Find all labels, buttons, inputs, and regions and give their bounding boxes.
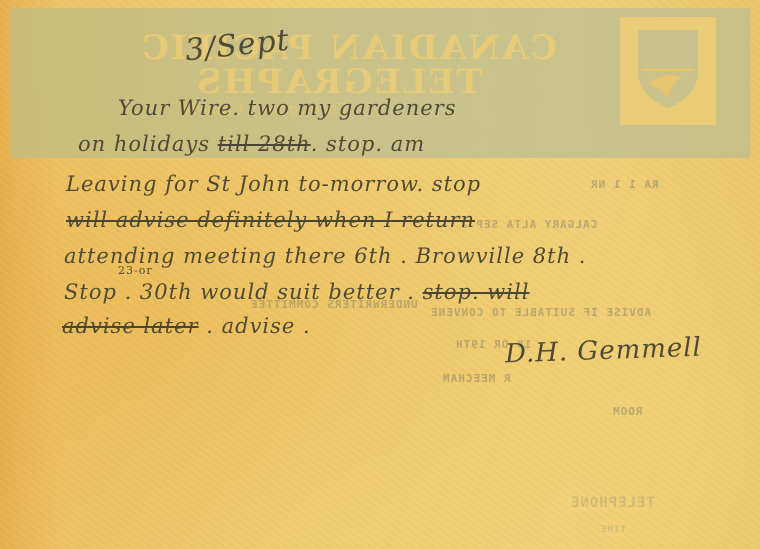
line-4-struck-text: will advise definitely when I return	[66, 208, 475, 232]
line-2-text-before: on holidays	[78, 132, 218, 156]
handwritten-line-4: will advise definitely when I return	[66, 208, 475, 232]
line-1-text: Your Wire. two my gardeners	[118, 96, 457, 120]
line-7-text-after: . advise .	[199, 314, 311, 338]
typed-bleed-0: RA 1 1 NR	[590, 178, 659, 191]
line-6-struck-text: stop. will	[423, 280, 530, 304]
typed-bleed-7: TELEPHONE	[570, 495, 655, 511]
typed-bleed-3: ADVISE IF SUITABLE TO CONVENE	[430, 306, 651, 319]
handwritten-line-6: Stop . 30th would suit better . stop. wi…	[64, 280, 529, 304]
line-7-struck-text: advise later	[62, 314, 199, 338]
typed-bleed-5: R MEECHAM	[442, 372, 511, 385]
handwritten-line-2: on holidays till 28th. stop. am	[78, 132, 425, 156]
handwritten-line-1: Your Wire. two my gardeners	[118, 96, 457, 120]
handwritten-line-3: Leaving for St John to-morrow. stop	[66, 172, 481, 196]
handwritten-line-7: advise later . advise .	[62, 314, 311, 338]
typed-bleed-6: ROOM	[612, 405, 643, 418]
line-3-text: Leaving for St John to-morrow. stop	[66, 172, 481, 196]
shield-logo-icon	[634, 26, 702, 110]
line-2-struck-text: till 28th	[218, 132, 311, 156]
handwritten-superscript: 23-or	[118, 264, 153, 277]
typed-bleed-1: CALGARY ALTA SEP 2	[460, 218, 597, 231]
line-6-text: Stop . 30th would suit better .	[64, 280, 423, 304]
typed-bleed-8: TIME	[600, 525, 626, 535]
line-2-text-after: . stop. am	[311, 132, 425, 156]
